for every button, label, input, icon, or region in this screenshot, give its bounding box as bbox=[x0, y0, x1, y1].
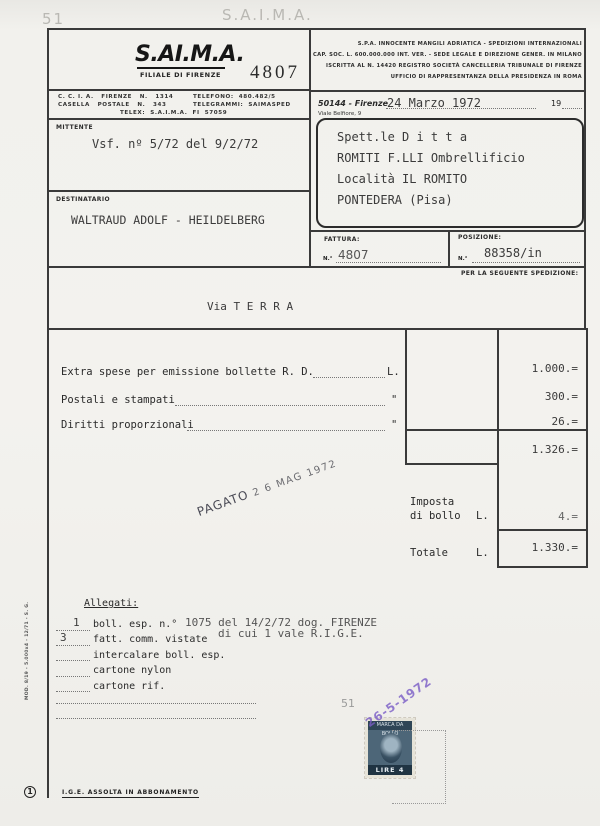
recipient-label: DESTINATARIO bbox=[56, 196, 110, 203]
total-amount: 1.330.= bbox=[532, 541, 578, 554]
cciaa-line: C. C. I. A. FIRENZE N. 1314 bbox=[58, 94, 173, 100]
charge-amount-1: 1.000.= bbox=[532, 362, 578, 375]
date-dotted-line bbox=[386, 108, 536, 109]
att-qty-line-5 bbox=[56, 691, 90, 692]
stamp-duty-label-1: Imposta bbox=[410, 496, 454, 508]
header-right-divider bbox=[310, 90, 585, 92]
po-box-line: CASELLA POSTALE N. 343 bbox=[58, 102, 167, 108]
document-page: 51 S.A.I.M.A. S.AI.M.A. FILIALE DI FIREN… bbox=[0, 0, 600, 826]
posizione-dotted bbox=[472, 262, 580, 263]
circle-number: 1 bbox=[24, 786, 36, 798]
address-line-4: PONTEDERA (Pisa) bbox=[337, 193, 453, 207]
frame-left-lower bbox=[47, 328, 49, 798]
fattura-dotted bbox=[336, 262, 441, 263]
charge-unit-3: " bbox=[391, 419, 397, 431]
posizione-prefix: N.° bbox=[458, 256, 467, 262]
corporate-line-2: CAP. SOC. L. 600.000.000 INT. VER. - SED… bbox=[313, 52, 582, 58]
paid-stamp-text: PAGATO bbox=[195, 487, 250, 519]
address-line-1: Spett.le D i t t a bbox=[337, 130, 467, 144]
header-left-divider bbox=[47, 89, 310, 91]
charge-label-2: Postali e stampati bbox=[61, 394, 175, 406]
charge-dots-1 bbox=[313, 377, 385, 378]
pencil-mark-51-lower: 51 bbox=[341, 697, 355, 710]
frame-top bbox=[47, 28, 585, 30]
pencil-mark-51: 51 bbox=[42, 10, 65, 28]
charge-amount-2: 300.= bbox=[545, 390, 578, 403]
paid-stamp: PAGATO 2 6 MAG 1972 bbox=[195, 455, 338, 519]
logo-underline bbox=[137, 67, 225, 69]
shipment-value: Via T E R R A bbox=[207, 300, 293, 313]
subtotal-col1-bottom bbox=[405, 463, 497, 465]
paid-stamp-date: 2 6 MAG 1972 bbox=[251, 458, 338, 499]
att-label-1: boll. esp. n.° bbox=[93, 619, 177, 630]
shipment-bottom-line bbox=[47, 328, 585, 330]
address-line-2: ROMITI F.LLI Ombrellificio bbox=[337, 151, 525, 165]
charge-label-1: Extra spese per emissione bollette R. D. bbox=[61, 366, 314, 378]
street-address: Viale Belfiore, 9 bbox=[318, 111, 361, 117]
corporate-line-4: UFFICIO DI RAPPRESENTANZA DELLA PRESIDEN… bbox=[391, 74, 582, 80]
ige-note: I.G.E. ASSOLTA IN ABBONAMENTO bbox=[62, 789, 199, 798]
charge-dots-3 bbox=[187, 430, 385, 431]
corporate-line-1: S.P.A. INNOCENTE MANGILI ADRIATICA - SPE… bbox=[358, 41, 582, 47]
address-line-3: Località IL ROMITO bbox=[337, 172, 467, 186]
company-logo: S.AI.M.A. bbox=[135, 42, 227, 67]
att-label-5: cartone rif. bbox=[93, 681, 165, 692]
posizione-label: POSIZIONE: bbox=[458, 234, 501, 241]
attachments-title: Allegati: bbox=[84, 598, 138, 609]
att-label-3: intercalare boll. esp. bbox=[93, 650, 225, 661]
stamp-duty-amount: 4.= bbox=[558, 510, 578, 523]
charge-amount-3: 26.= bbox=[552, 415, 579, 428]
att-qty-2: 3 bbox=[60, 631, 67, 644]
total-unit: L. bbox=[476, 547, 489, 559]
document-number: 4807 bbox=[250, 62, 300, 84]
charges-col-2 bbox=[497, 328, 499, 568]
corporate-line-3: ISCRITTA AL N. 14420 REGISTRO SOCIETÀ CA… bbox=[326, 63, 582, 69]
subtotal-rule bbox=[405, 429, 587, 431]
sender-label: MITTENTE bbox=[56, 124, 93, 131]
att-qty-1: 1 bbox=[73, 616, 80, 629]
att-label-4: cartone nylon bbox=[93, 665, 171, 676]
att-qty-line-3 bbox=[56, 660, 90, 661]
contacts-bottom-line bbox=[47, 118, 310, 120]
year-prefix: 19 bbox=[551, 99, 561, 108]
att-label-2: fatt. comm. vistate bbox=[93, 634, 207, 645]
sender-bottom-line bbox=[47, 190, 310, 192]
telegram-line: TELEGRAMMI: SAIMASPED bbox=[193, 102, 291, 108]
posizione-value: 88358/in bbox=[484, 246, 542, 260]
total-bottom-rule bbox=[497, 566, 587, 568]
fattura-prefix: N.° bbox=[323, 256, 332, 262]
shipment-top-line bbox=[47, 266, 585, 268]
invoice-divider bbox=[448, 230, 450, 266]
shipment-left bbox=[47, 266, 49, 330]
charge-label-3: Diritti proporzionali bbox=[61, 419, 194, 431]
stamp-duty-label-2: di bollo bbox=[410, 510, 461, 522]
att-qty-line-2 bbox=[56, 645, 90, 646]
total-top-rule bbox=[497, 529, 587, 531]
att-blank-line-2 bbox=[56, 718, 256, 719]
fattura-label: FATTURA: bbox=[324, 236, 360, 243]
charges-right-border bbox=[586, 328, 588, 568]
shipment-right bbox=[584, 266, 586, 330]
fattura-value: 4807 bbox=[338, 248, 369, 262]
place-prefix: 50144 - Firenze bbox=[318, 99, 388, 108]
frame-left-upper bbox=[47, 28, 49, 266]
charge-unit-2: " bbox=[391, 394, 397, 406]
pencil-mark-saima: S.A.I.M.A. bbox=[222, 6, 313, 24]
att-extra-2: di cui 1 vale R.I.G.E. bbox=[218, 627, 364, 640]
year-dotted-line bbox=[562, 108, 582, 109]
branch-name: FILIALE DI FIRENZE bbox=[140, 71, 221, 79]
shipment-label: PER LA SEGUENTE SPEDIZIONE: bbox=[461, 270, 578, 277]
stamp-outline bbox=[392, 730, 446, 804]
form-code: MOD. 8/19 - 5.000x4 - 12/71 - S. G. bbox=[25, 602, 30, 700]
sender-value: Vsf. nº 5/72 del 9/2/72 bbox=[92, 137, 258, 151]
charges-col-1 bbox=[405, 328, 407, 465]
total-label: Totale bbox=[410, 547, 448, 559]
charge-unit-1: L. bbox=[387, 366, 400, 378]
recipient-value: WALTRAUD ADOLF - HEILDELBERG bbox=[71, 213, 265, 227]
charge-dots-2 bbox=[175, 405, 385, 406]
att-blank-line-1 bbox=[56, 703, 256, 704]
phone-line: TELEFONO: 480.482/5 bbox=[193, 94, 276, 100]
att-qty-line-4 bbox=[56, 676, 90, 677]
stamp-duty-unit: L. bbox=[476, 510, 489, 522]
subtotal-amount: 1.326.= bbox=[532, 443, 578, 456]
telex-line: TELEX: S.A.I.M.A. FI 57059 bbox=[120, 110, 227, 116]
